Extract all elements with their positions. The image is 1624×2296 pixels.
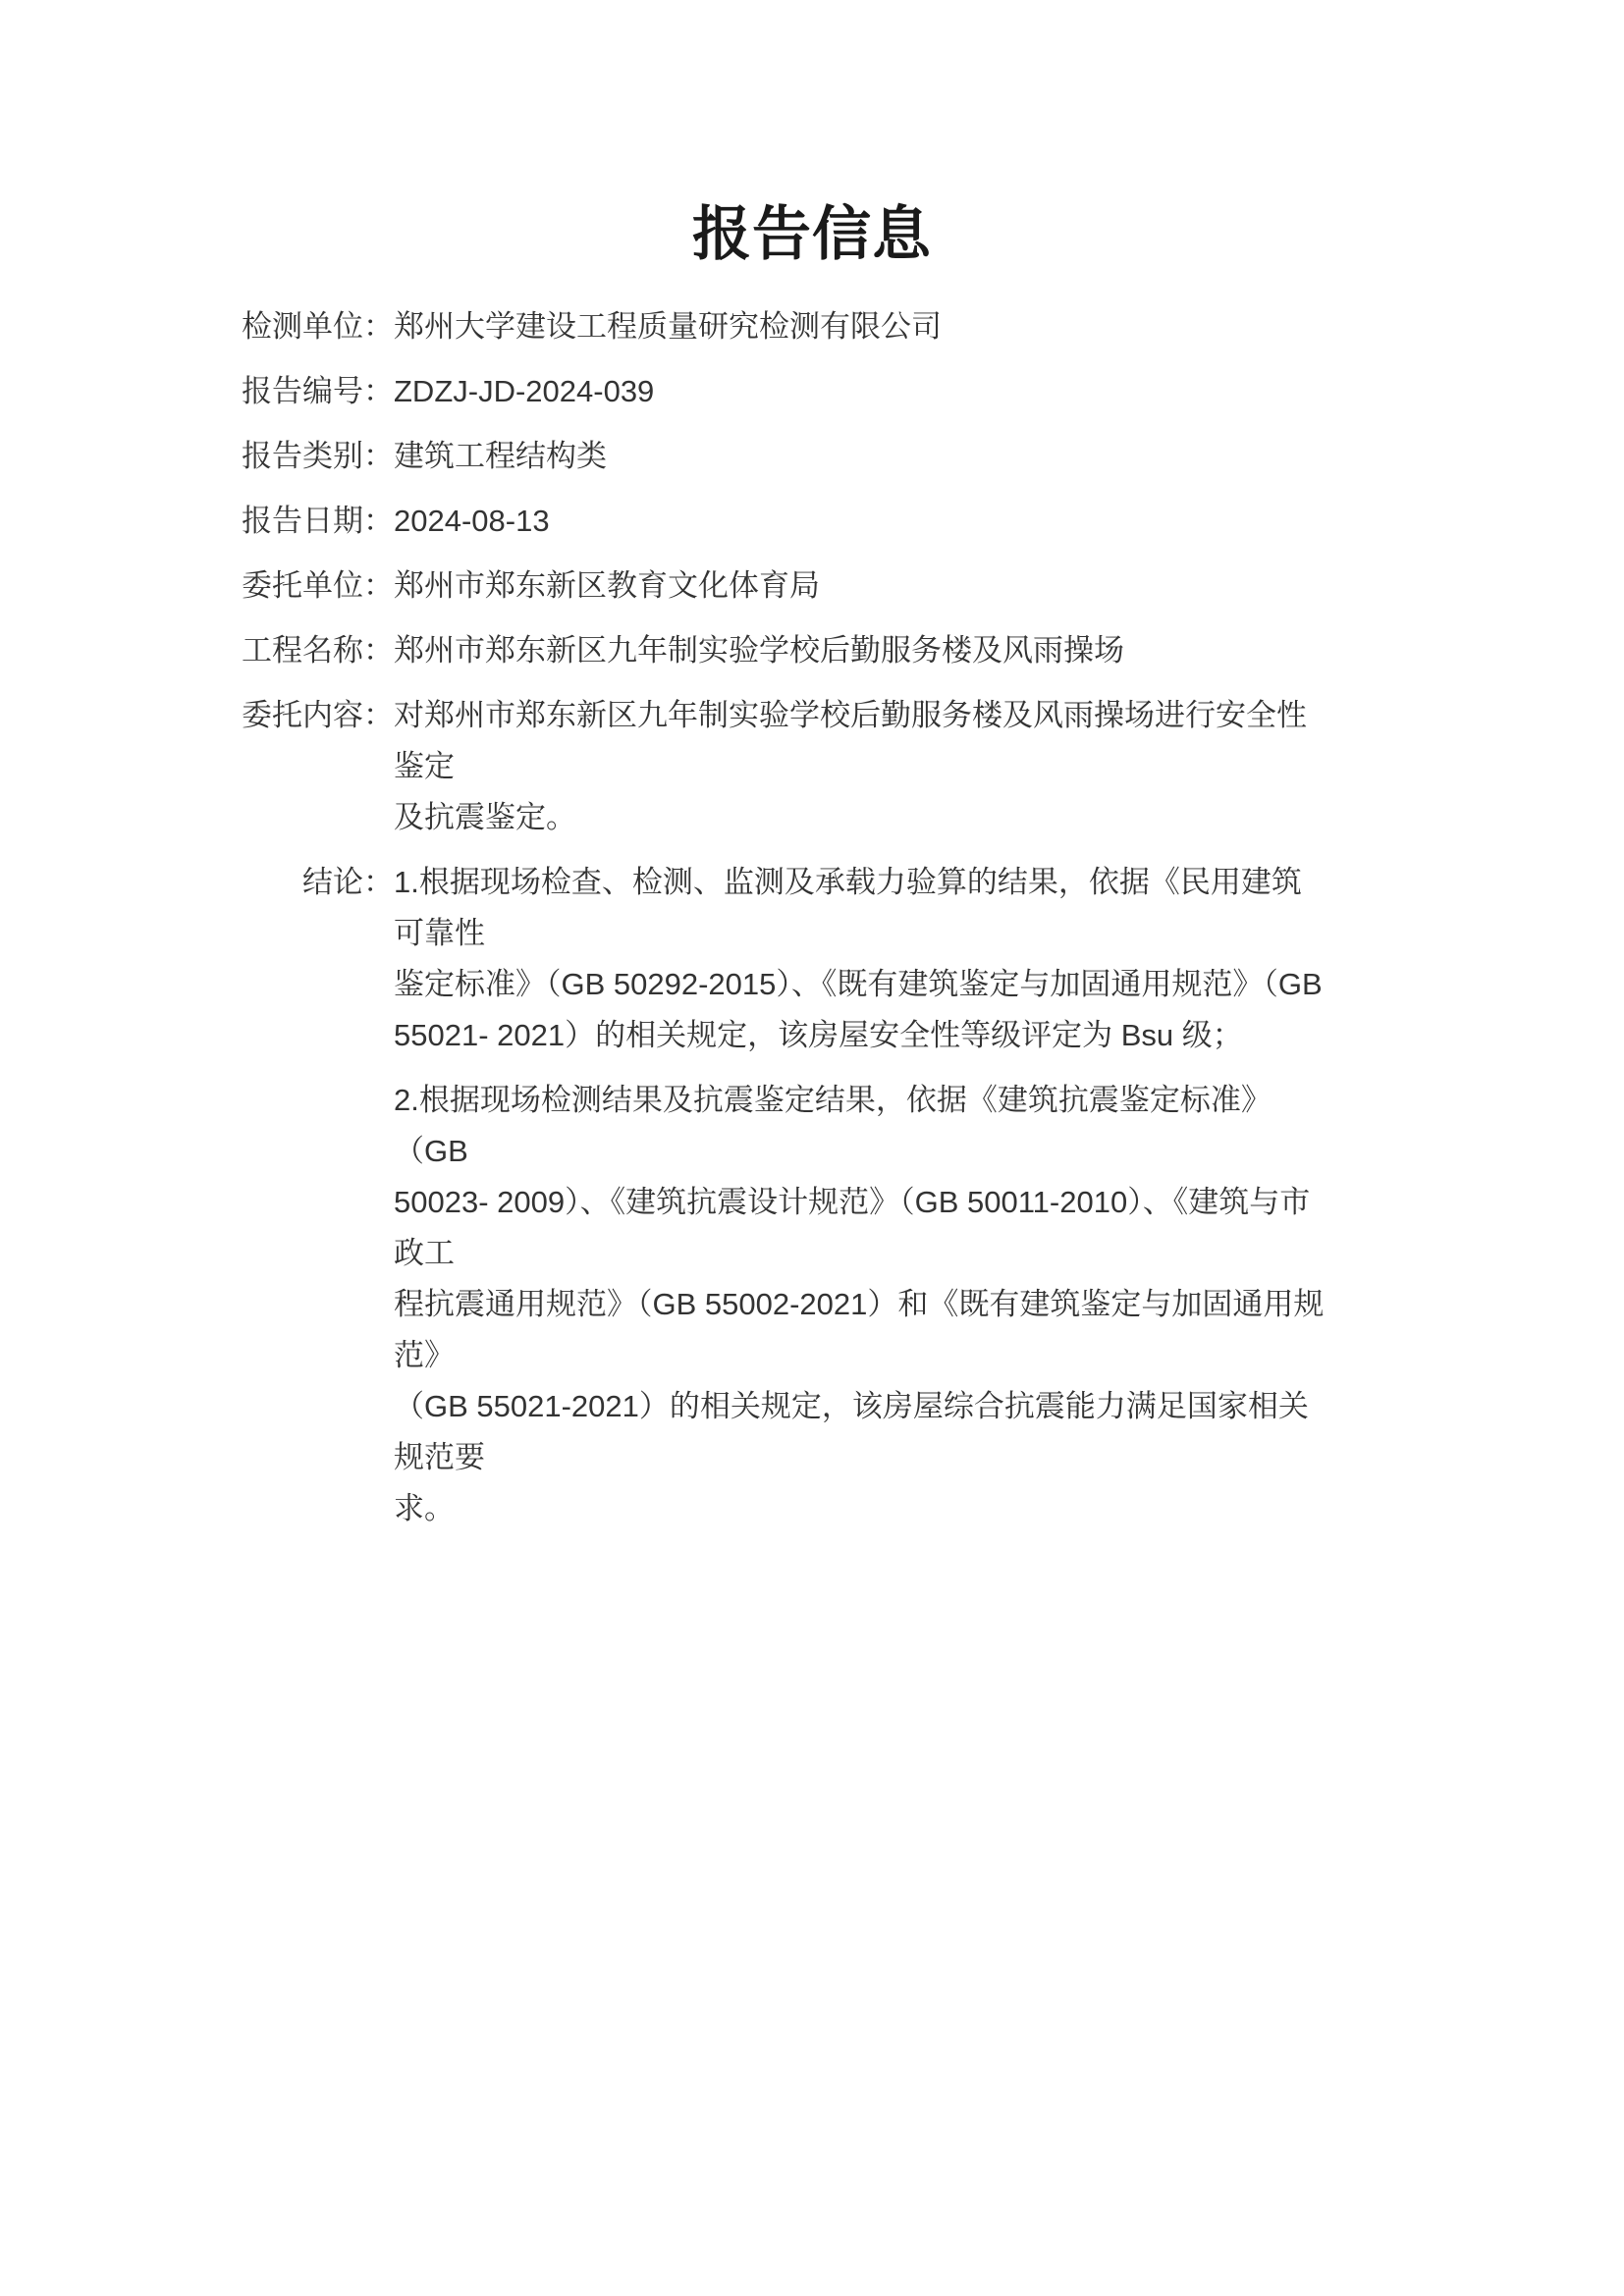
- field-label: 工程名称：: [241, 625, 394, 676]
- field-paragraph: 郑州市郑东新区教育文化体育局: [394, 561, 1326, 612]
- field-paragraph: ZDZJ-JD-2024-039: [394, 366, 1326, 417]
- field-paragraph: 建筑工程结构类: [394, 431, 1326, 482]
- field-value: 郑州市郑东新区教育文化体育局: [394, 561, 1326, 612]
- report-field-row-7: 结论： 1.根据现场检查、检测、监测及承载力验算的结果，依据《民用建筑可靠性 鉴…: [241, 857, 1389, 1534]
- field-value: 对郑州市郑东新区九年制实验学校后勤服务楼及风雨操场进行安全性鉴定 及抗震鉴定。: [394, 690, 1326, 843]
- field-label: 委托单位：: [241, 561, 394, 612]
- field-value: ZDZJ-JD-2024-039: [394, 366, 1326, 417]
- report-field-row-0: 检测单位： 郑州大学建设工程质量研究检测有限公司: [241, 301, 1389, 352]
- field-paragraph: 1.根据现场检查、检测、监测及承载力验算的结果，依据《民用建筑可靠性 鉴定标准》…: [394, 857, 1326, 1061]
- report-field-row-5: 工程名称： 郑州市郑东新区九年制实验学校后勤服务楼及风雨操场: [241, 625, 1389, 676]
- report-field-row-4: 委托单位： 郑州市郑东新区教育文化体育局: [241, 561, 1389, 612]
- field-label: 委托内容：: [241, 690, 394, 741]
- field-value: 2024-08-13: [394, 496, 1326, 547]
- report-field-row-2: 报告类别： 建筑工程结构类: [241, 431, 1389, 482]
- field-value: 郑州市郑东新区九年制实验学校后勤服务楼及风雨操场: [394, 625, 1326, 676]
- field-value: 郑州大学建设工程质量研究检测有限公司: [394, 301, 1326, 352]
- field-paragraph: 郑州市郑东新区九年制实验学校后勤服务楼及风雨操场: [394, 625, 1326, 676]
- field-paragraph: 郑州大学建设工程质量研究检测有限公司: [394, 301, 1326, 352]
- field-label: 报告类别：: [241, 431, 394, 482]
- field-paragraph: 2.根据现场检测结果及抗震鉴定结果，依据《建筑抗震鉴定标准》（GB 50023-…: [394, 1075, 1326, 1534]
- report-fields: 检测单位： 郑州大学建设工程质量研究检测有限公司 报告编号： ZDZJ-JD-2…: [241, 301, 1389, 1534]
- report-field-row-6: 委托内容： 对郑州市郑东新区九年制实验学校后勤服务楼及风雨操场进行安全性鉴定 及…: [241, 690, 1389, 843]
- field-value: 1.根据现场检查、检测、监测及承载力验算的结果，依据《民用建筑可靠性 鉴定标准》…: [394, 857, 1326, 1534]
- report-info-page: 报告信息 检测单位： 郑州大学建设工程质量研究检测有限公司 报告编号： ZDZJ…: [0, 0, 1624, 2296]
- field-paragraph: 对郑州市郑东新区九年制实验学校后勤服务楼及风雨操场进行安全性鉴定 及抗震鉴定。: [394, 690, 1326, 843]
- page-title: 报告信息: [0, 205, 1624, 264]
- field-label: 报告编号：: [241, 366, 394, 417]
- field-label: 结论：: [241, 857, 394, 908]
- field-label: 检测单位：: [241, 301, 394, 352]
- field-paragraph: 2024-08-13: [394, 496, 1326, 547]
- report-field-row-1: 报告编号： ZDZJ-JD-2024-039: [241, 366, 1389, 417]
- field-value: 建筑工程结构类: [394, 431, 1326, 482]
- report-field-row-3: 报告日期： 2024-08-13: [241, 496, 1389, 547]
- field-label: 报告日期：: [241, 496, 394, 547]
